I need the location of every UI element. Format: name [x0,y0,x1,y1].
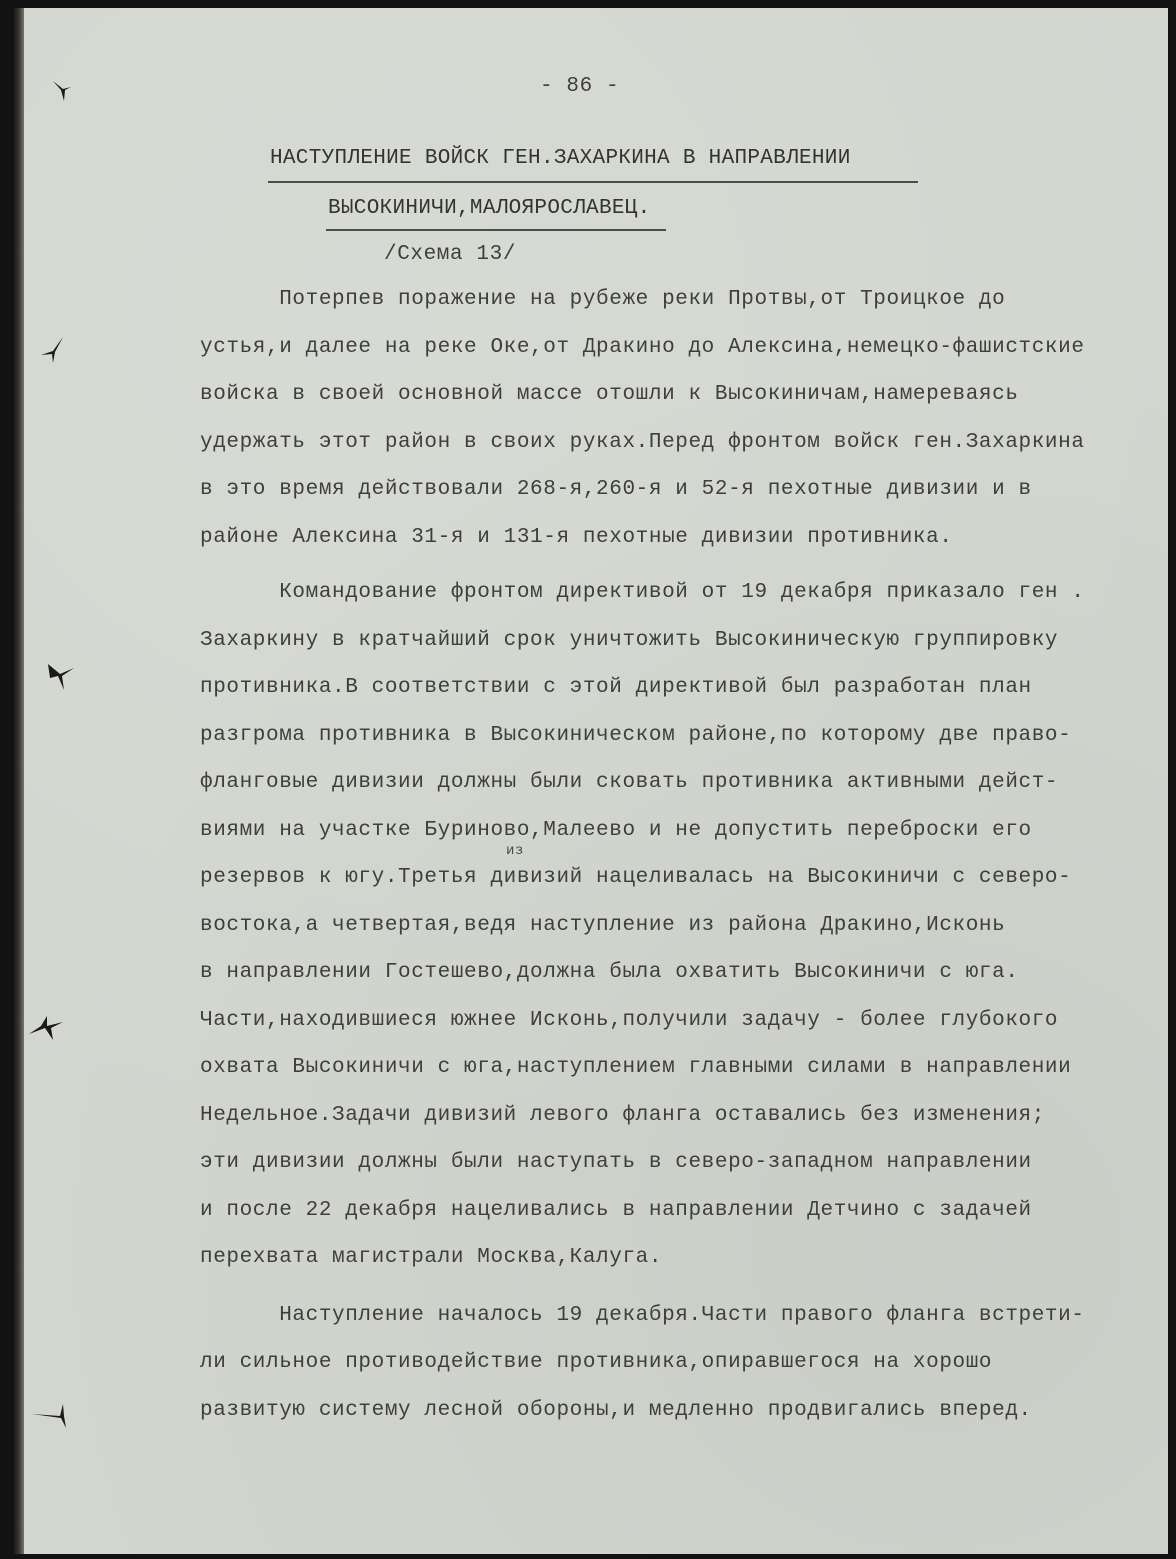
body-line: противника.В соответствии с этой директи… [200,676,1032,699]
punch-hole-icon [30,1400,70,1430]
body-line: виями на участке Буриново,Малеево и не д… [200,819,1032,842]
body-line: и после 22 декабря нацеливались в направ… [200,1199,1032,1222]
punch-hole-icon [25,1010,65,1040]
body-line: в направлении Гостешево,должна была охва… [200,961,1019,984]
body-line: разгрома противника в Высокиническом рай… [200,724,1071,747]
body-line: Недельное.Задачи дивизий левого фланга о… [200,1104,1045,1127]
body-line: в это время действовали 268-я,260-я и 52… [200,478,1032,501]
body-line: ли сильное противодействие противника,оп… [200,1351,992,1374]
body-line: удержать этот район в своих руках.Перед … [200,431,1085,454]
body-line: охвата Высокиничи с юга,наступлением гла… [200,1056,1071,1079]
title-line-2: ВЫСОКИНИЧИ,МАЛОЯРОСЛАВЕЦ. [328,197,651,220]
body-line: развитую систему лесной обороны,и медлен… [200,1399,1032,1422]
body-line: резервов к югу.Третья дивизий нацеливала… [200,866,1071,889]
body-line: районе Алексина 31-я и 131-я пехотные ди… [200,526,953,549]
page-number: - 86 - [540,75,619,98]
body-line: фланговые дивизии должны были сковать пр… [200,771,1058,794]
scheme-reference: /Схема 13/ [384,243,516,266]
body-line: Захаркину в кратчайший срок уничтожить В… [200,629,1058,652]
body-line: эти дивизии должны были наступать в севе… [200,1151,1032,1174]
body-line: войска в своей основной массе отошли к В… [200,383,1019,406]
body-line: Наступление началось 19 декабря.Части пр… [200,1304,1085,1327]
punch-hole-icon [45,75,85,105]
punch-hole-icon [42,662,82,692]
body-line: Части,находившиеся южнее Исконь,получили… [200,1009,1058,1032]
body-line: Командование фронтом директивой от 19 де… [200,581,1085,604]
body-line: Потерпев поражение на рубеже реки Протвы… [200,288,1005,311]
body-line: востока,а четвертая,ведя наступление из … [200,914,1005,937]
title-underline-2 [326,229,666,231]
body-line: устья,и далее на реке Оке,от Дракино до … [200,336,1085,359]
binding-edge [12,8,24,1554]
interlinear-insertion: из [506,843,524,859]
title-line-1: НАСТУПЛЕНИЕ ВОЙСК ГЕН.ЗАХАРКИНА В НАПРАВ… [270,147,851,170]
body-line: перехвата магистрали Москва,Калуга. [200,1246,662,1269]
punch-hole-icon [35,335,75,365]
title-underline-1 [268,181,918,183]
